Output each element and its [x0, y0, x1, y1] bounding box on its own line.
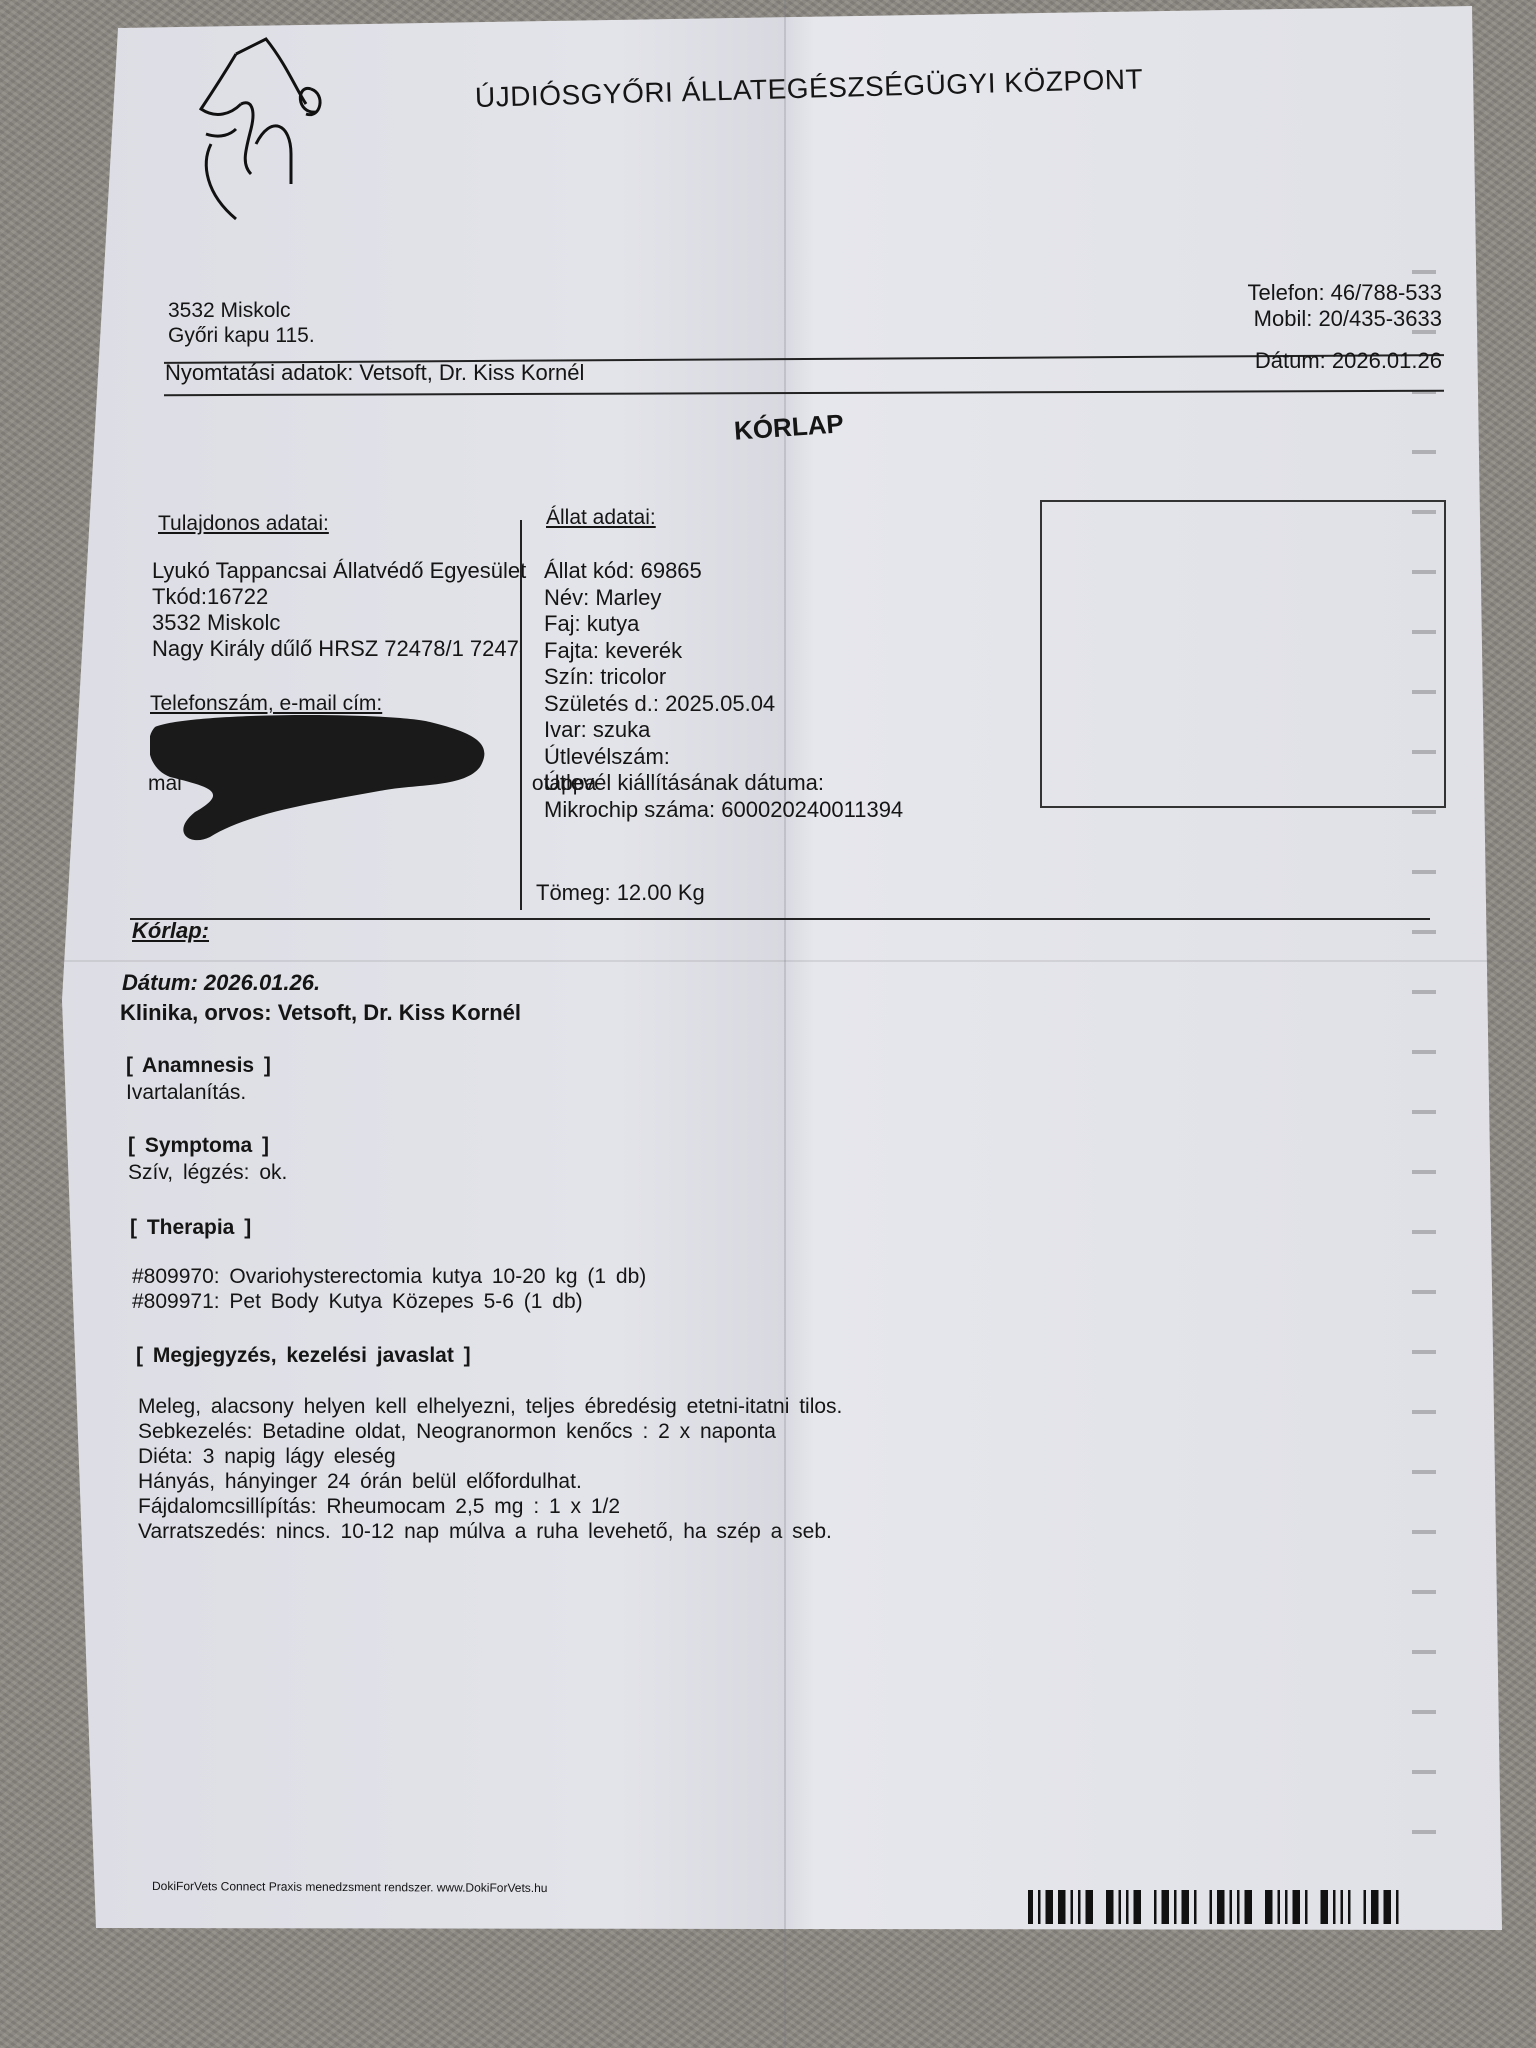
record-heading: Kórlap:	[132, 918, 209, 944]
barcode-icon	[1028, 1888, 1418, 1928]
record-date: Dátum: 2026.01.26.	[122, 970, 320, 996]
fold-line-horizontal	[0, 960, 1536, 962]
animal-details: Állat kód: 69865 Név: Marley Faj: kutya …	[544, 558, 903, 823]
animal-passport-date: Útlevél kiállításának dátuma:	[544, 770, 903, 797]
owner-line: 3532 Miskolc	[152, 610, 526, 636]
print-date: Dátum: 2026.01.26	[1255, 348, 1442, 374]
footer-text: DokiForVets Connect Praxis menedzsment r…	[152, 1879, 548, 1895]
owner-details: Lyukó Tappancsai Állatvédő Egyesület Tkó…	[152, 558, 526, 662]
clinic-phone: Telefon: 46/788-533	[1248, 280, 1443, 306]
owner-line: Tkód:16722	[152, 584, 526, 610]
notes-line: Sebkezelés: Betadine oldat, Neogranormon…	[138, 1419, 842, 1444]
animal-color: Szín: tricolor	[544, 664, 903, 691]
animal-breed: Fajta: keverék	[544, 638, 903, 665]
notes-line: Varratszedés: nincs. 10-12 nap múlva a r…	[138, 1519, 842, 1544]
anamnesis-text: Ivartalanítás.	[126, 1080, 246, 1105]
notes-heading: [ Megjegyzés, kezelési javaslat ]	[136, 1344, 471, 1368]
print-info: Nyomtatási adatok: Vetsoft, Dr. Kiss Kor…	[165, 360, 584, 386]
clinic-address-line: Győri kapu 115.	[168, 323, 315, 348]
clinic-mobile: Mobil: 20/435-3633	[1248, 306, 1443, 332]
animal-passport-number: Útlevélszám:	[544, 744, 903, 771]
animal-name: Név: Marley	[544, 585, 903, 612]
therapia-item: #809971: Pet Body Kutya Közepes 5-6 (1 d…	[132, 1289, 646, 1314]
column-separator	[520, 520, 522, 910]
animal-sex: Ivar: szuka	[544, 717, 903, 744]
therapia-heading: [ Therapia ]	[130, 1216, 251, 1240]
symptoma-text: Szív, légzés: ok.	[128, 1160, 287, 1185]
symptoma-heading: [ Symptoma ]	[128, 1134, 269, 1158]
record-divider	[130, 918, 1430, 920]
owner-line: Nagy Király dűlő HRSZ 72478/1 72478/4	[152, 636, 522, 662]
redaction-marker	[150, 712, 490, 842]
animal-weight: Tömeg: 12.00 Kg	[536, 880, 705, 906]
animal-code: Állat kód: 69865	[544, 558, 903, 585]
anamnesis-heading: [ Anamnesis ]	[126, 1054, 271, 1078]
dog-cat-logo-icon	[196, 34, 336, 224]
therapia-item: #809970: Ovariohysterectomia kutya 10-20…	[132, 1264, 646, 1289]
owner-heading: Tulajdonos adatai:	[158, 512, 329, 536]
fold-line-vertical	[784, 0, 786, 2048]
animal-species: Faj: kutya	[544, 611, 903, 638]
notes-line: Fájdalomcsillípítás: Rheumocam 2,5 mg : …	[138, 1494, 842, 1519]
clinic-contact: Telefon: 46/788-533 Mobil: 20/435-3633	[1248, 280, 1443, 332]
notes-line: Diéta: 3 napig lágy eleség	[138, 1444, 842, 1469]
record-clinic-doctor: Klinika, orvos: Vetsoft, Dr. Kiss Kornél	[120, 1000, 521, 1026]
owner-line: Lyukó Tappancsai Állatvédő Egyesület	[152, 558, 526, 584]
notes-text: Meleg, alacsony helyen kell elhelyezni, …	[138, 1394, 842, 1544]
animal-birthdate: Születés d.: 2025.05.04	[544, 691, 903, 718]
printer-edge-marks	[1412, 240, 1436, 1880]
animal-heading: Állat adatai:	[546, 506, 656, 530]
animal-microchip: Mikrochip száma: 600020240011394	[544, 797, 903, 824]
animal-photo-placeholder	[1040, 500, 1446, 808]
notes-line: Hányás, hányinger 24 órán belül előfordu…	[138, 1469, 842, 1494]
clinic-address-line: 3532 Miskolc	[168, 298, 315, 323]
clinic-address: 3532 Miskolc Győri kapu 115.	[168, 298, 315, 348]
notes-line: Meleg, alacsony helyen kell elhelyezni, …	[138, 1394, 842, 1419]
therapia-items: #809970: Ovariohysterectomia kutya 10-20…	[132, 1264, 646, 1314]
